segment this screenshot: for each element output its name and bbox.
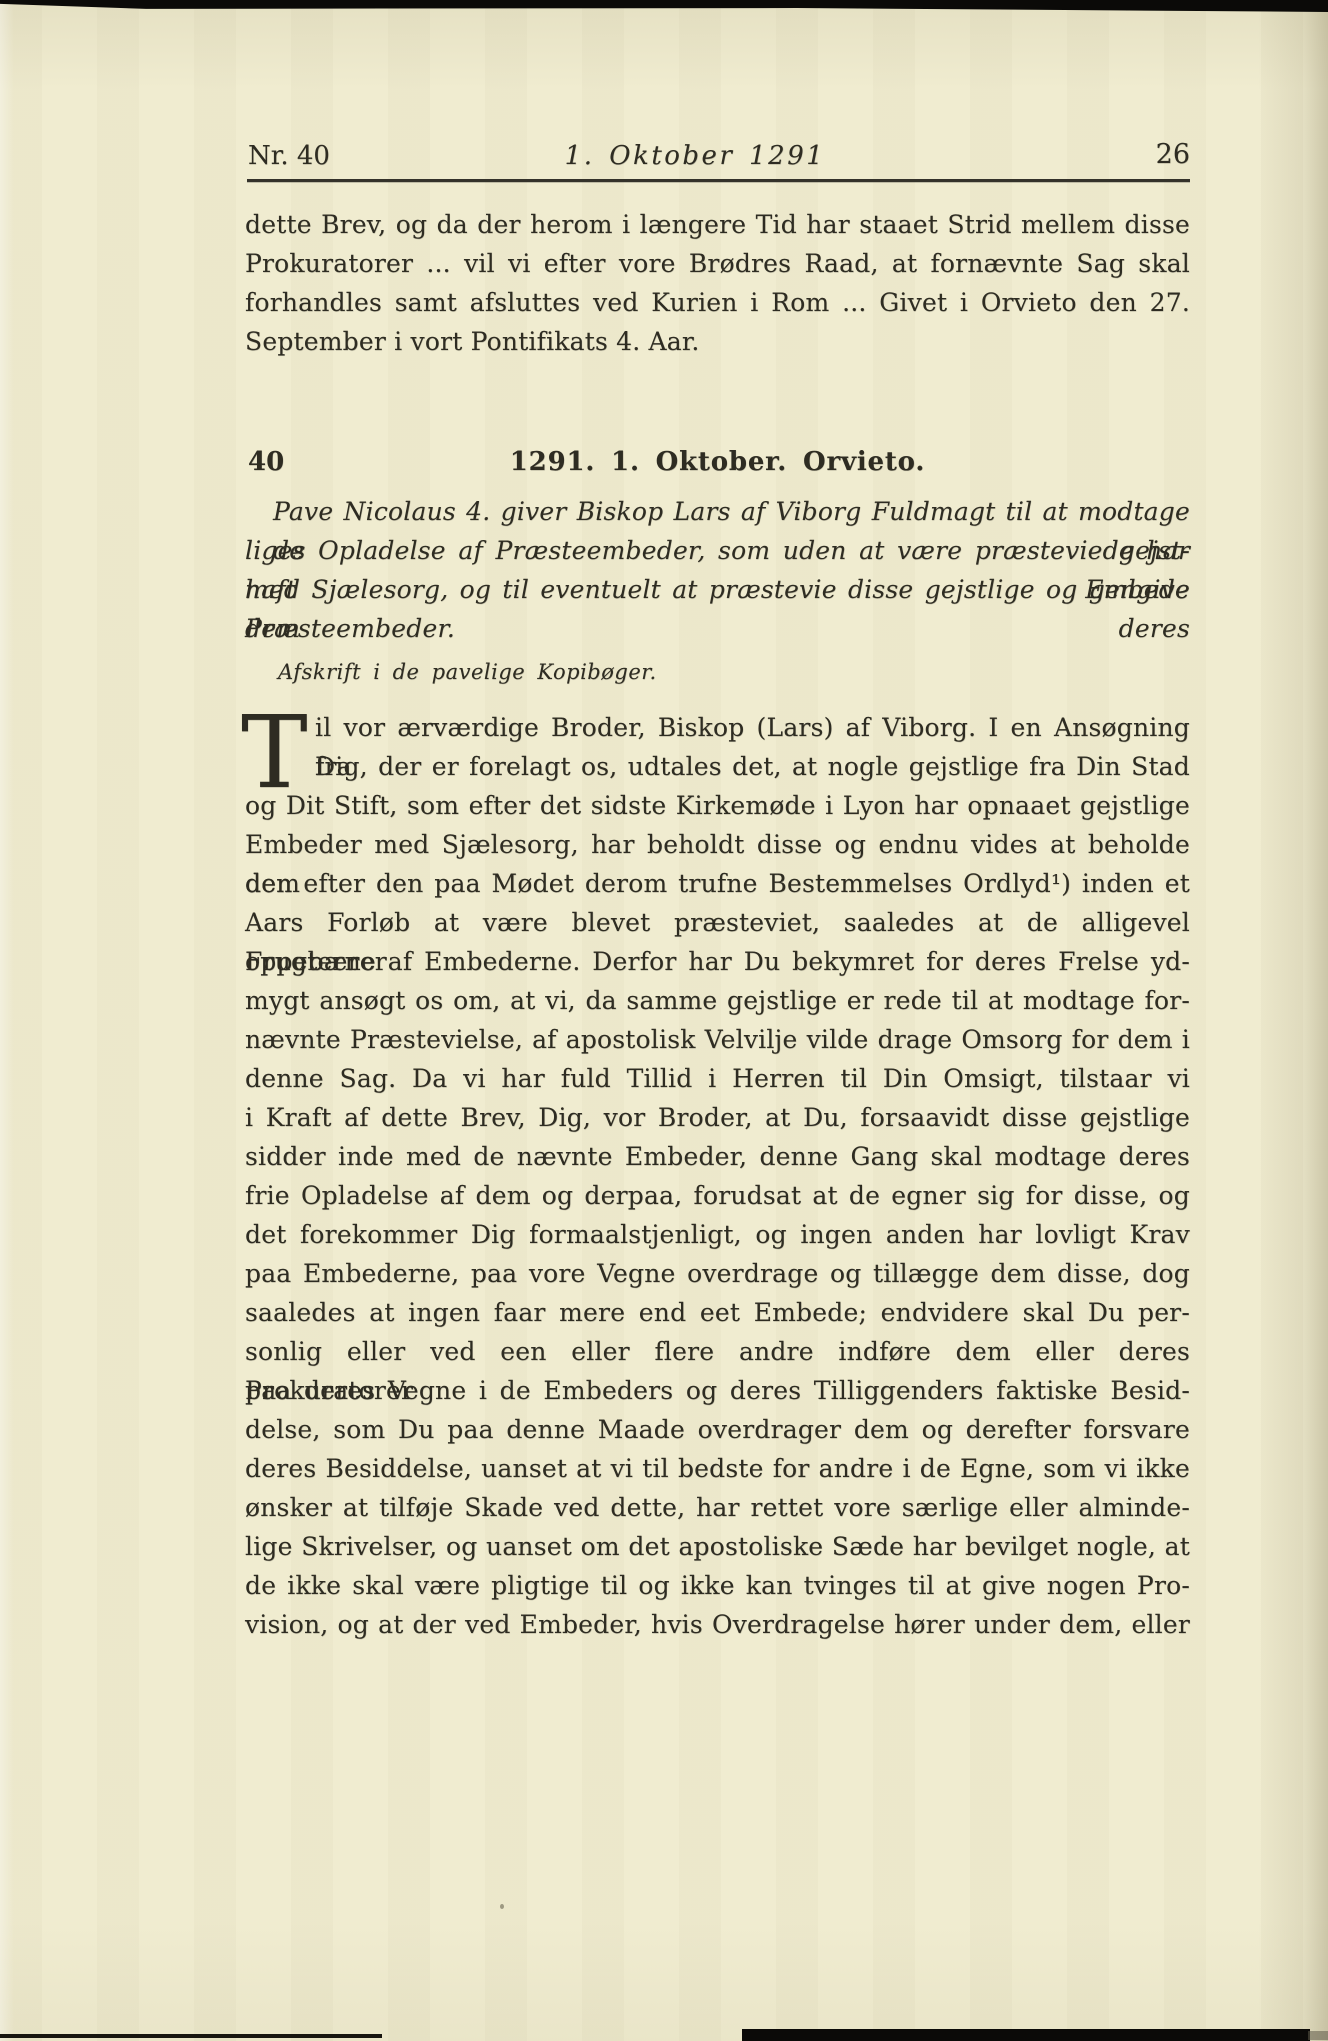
body-line: og Dit Stift, som efter det sidste Kirke… (245, 786, 1190, 825)
text-line: dette Brev, og da der herom i længere Ti… (245, 205, 1190, 244)
body-line: frie Opladelse af dem og derpaa, forudsa… (245, 1176, 1190, 1215)
document-heading: 40 1291. 1. Oktober. Orvieto. (245, 446, 1190, 485)
body-line: Dig, der er forelagt os, udtales det, at… (245, 747, 1190, 786)
body-line: paa deres Vegne i de Embeders og deres T… (245, 1371, 1190, 1410)
continuation-paragraph: dette Brev, og da der herom i længere Ti… (245, 205, 1190, 361)
drop-cap: T (241, 714, 308, 792)
summary-line: med Sjælesorg, og til eventuelt at præst… (245, 570, 1190, 609)
body-line: Aars Forløb at være blevet præsteviet, s… (245, 903, 1190, 942)
body-line: il vor ærværdige Broder, Biskop (Lars) a… (245, 708, 1190, 747)
body-line: det forekommer Dig formaalstjenligt, og … (245, 1215, 1190, 1254)
text-line: Prokuratorer ... vil vi efter vore Brødr… (245, 244, 1190, 283)
body-line: delse, som Du paa denne Maade overdrager… (245, 1410, 1190, 1449)
body-line: ønsker at tilføje Skade ved dette, har r… (245, 1488, 1190, 1527)
scan-edge-top (0, 0, 1328, 13)
text-line: forhandles samt afsluttes ved Kurien i R… (245, 283, 1190, 322)
scan-edge-bottom-left (0, 2034, 382, 2038)
scan-edge-bottom-right (742, 2029, 1310, 2041)
body-line: de ikke skal være pligtige til og ikke k… (245, 1566, 1190, 1605)
source-note: Afskrift i de pavelige Kopibøger. (278, 657, 657, 687)
body-line: i Kraft af dette Brev, Dig, vor Broder, … (245, 1098, 1190, 1137)
body-line: denne Sag. Da vi har fuld Tillid i Herre… (245, 1059, 1190, 1098)
body-line: sonlig eller ved een eller flere andre i… (245, 1332, 1190, 1371)
document-title: 1291. 1. Oktober. Orvieto. (245, 446, 1190, 479)
document-body: T il vor ærværdige Broder, Biskop (Lars)… (245, 708, 1190, 1644)
document-number: 40 (248, 446, 284, 479)
body-line: vision, og at der ved Embeder, hvis Over… (245, 1605, 1190, 1644)
body-line: Frugterne af Embederne. Derfor har Du be… (245, 942, 1190, 981)
body-line: den efter den paa Mødet derom trufne Bes… (245, 864, 1190, 903)
body-line: Embeder med Sjælesorg, har beholdt disse… (245, 825, 1190, 864)
header-rule (247, 179, 1190, 182)
book-page: Nr. 40 1. Oktober 1291 26 dette Brev, og… (0, 0, 1328, 2041)
summary-line: liges Opladelse af Præsteembeder, som ud… (245, 531, 1190, 570)
body-line: nævnte Præstevielse, af apostolisk Velvi… (245, 1020, 1190, 1059)
body-line: sidder inde med de nævnte Embeder, denne… (245, 1137, 1190, 1176)
body-line: lige Skrivelser, og uanset om det aposto… (245, 1527, 1190, 1566)
body-line: mygt ansøgt os om, at vi, da samme gejst… (245, 981, 1190, 1020)
body-line: saaledes at ingen faar mere end eet Embe… (245, 1293, 1190, 1332)
body-line: paa Embederne, paa vore Vegne overdrage … (245, 1254, 1190, 1293)
page-number: 26 (245, 139, 1190, 170)
body-line: deres Besiddelse, uanset at vi til bedst… (245, 1449, 1190, 1488)
document-summary: Pave Nicolaus 4. giver Biskop Lars af Vi… (245, 492, 1190, 648)
summary-line: Pave Nicolaus 4. giver Biskop Lars af Vi… (245, 492, 1190, 531)
scan-edge-bottom-fade (1308, 2031, 1328, 2040)
ink-speck (500, 1904, 504, 1909)
text-line: September i vort Pontifikats 4. Aar. (245, 322, 1190, 361)
